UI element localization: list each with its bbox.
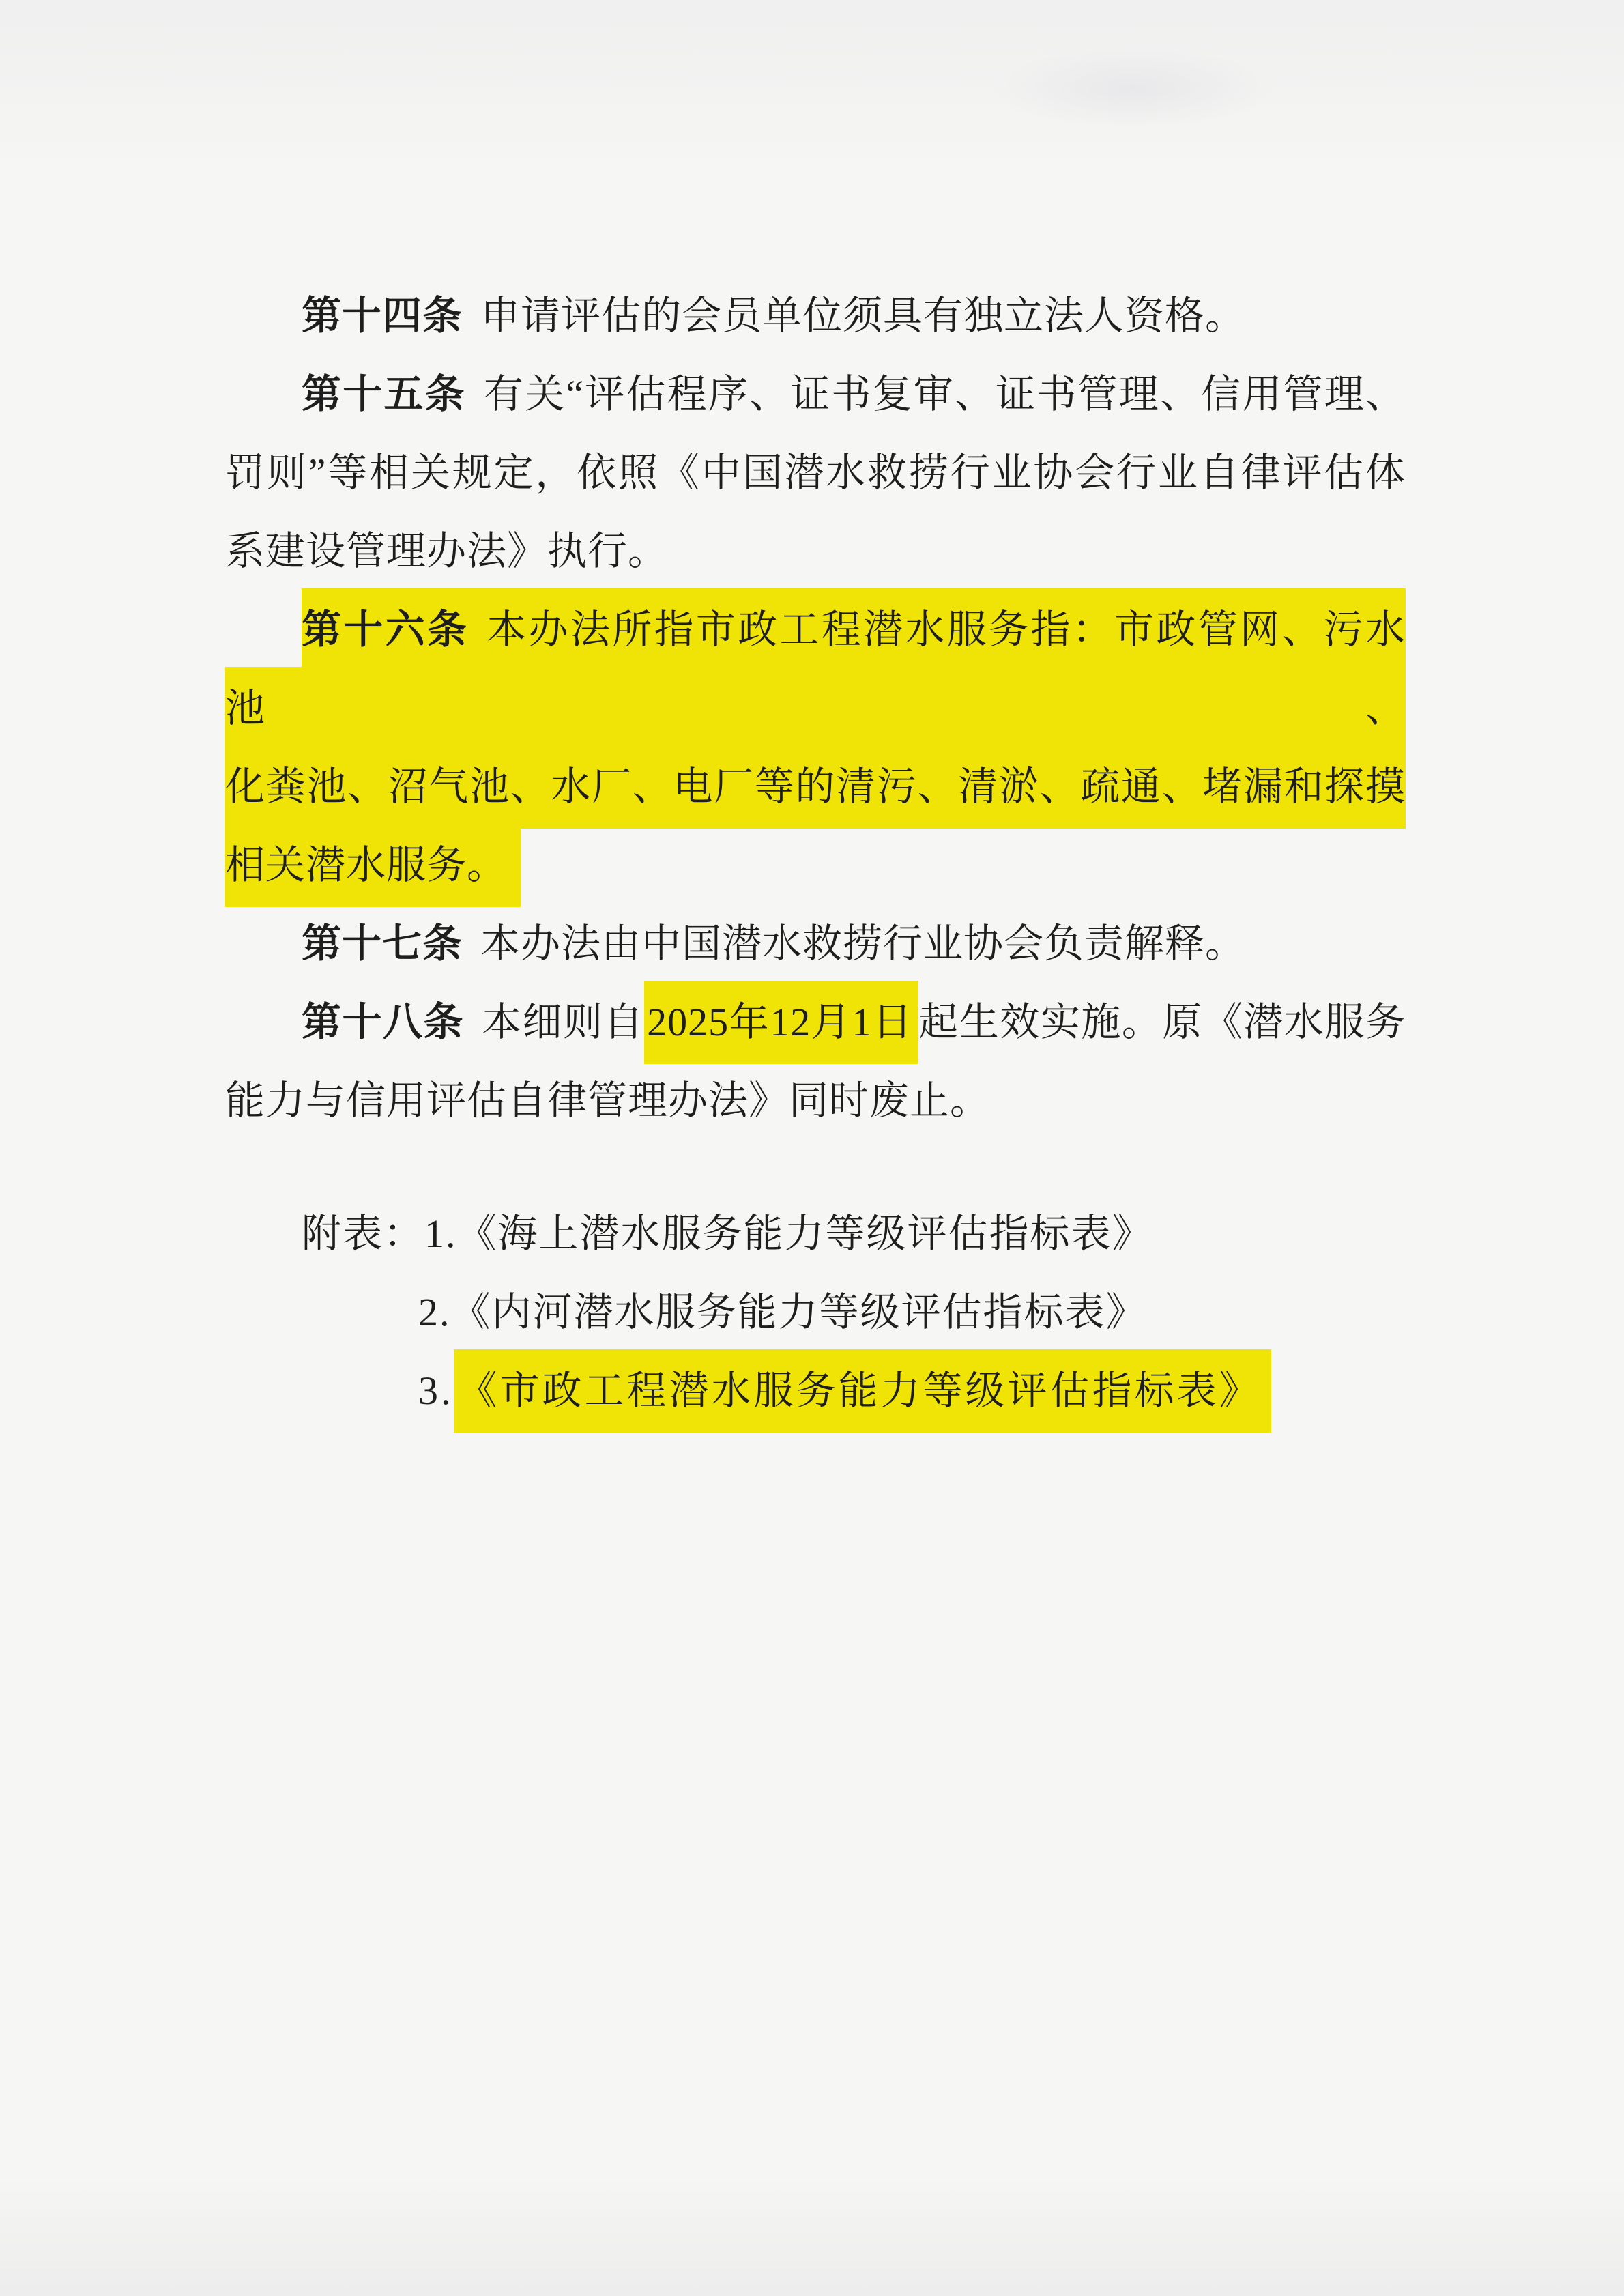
clause-18-number: 第十八条 bbox=[302, 1000, 464, 1044]
appendix-item-1-text: 附表：1.《海上潜水服务能力等级评估指标表》 bbox=[302, 1211, 1153, 1256]
clause-15-number: 第十五条 bbox=[302, 372, 466, 416]
clause-17: 第十七条本办法由中国潜水救捞行业协会负责解释。 bbox=[225, 904, 1406, 983]
clause-15-text-1: 有关“评估程序、证书复审、证书管理、信用管理、 bbox=[484, 372, 1406, 416]
paragraph-gap bbox=[225, 1140, 1406, 1194]
highlight-clause-16-line-3: 相关潜水服务。 bbox=[225, 824, 521, 907]
clause-14-number: 第十四条 bbox=[302, 293, 463, 338]
clause-16-line-1: 第十六条本办法所指市政工程潜水服务指：市政管网、污水池、 bbox=[225, 590, 1406, 747]
clause-16-number: 第十六条 bbox=[302, 607, 469, 652]
appendix-item-3-number: 3. bbox=[418, 1368, 454, 1413]
appendix-item-1: 附表：1.《海上潜水服务能力等级评估指标表》 bbox=[225, 1194, 1406, 1273]
clause-14-text: 申请评估的会员单位须具有独立法人资格。 bbox=[480, 293, 1245, 338]
appendix-item-2: 2.《内河潜水服务能力等级评估指标表》 bbox=[225, 1273, 1406, 1351]
highlight-effective-date: 2025年12月1日 bbox=[644, 981, 918, 1064]
clause-18-text-suffix-2: 能力与信用评估自律管理办法》同时废止。 bbox=[225, 1078, 990, 1123]
document-page: 第十四条申请评估的会员单位须具有独立法人资格。 第十五条有关“评估程序、证书复审… bbox=[0, 0, 1624, 2296]
clause-15-line-1: 第十五条有关“评估程序、证书复审、证书管理、信用管理、 bbox=[225, 355, 1406, 433]
appendix-item-3-text: 《市政工程潜水服务能力等级评估指标表》 bbox=[458, 1368, 1262, 1413]
clause-15-text-2: 罚则”等相关规定，依照《中国潜水救捞行业协会行业自律评估体 bbox=[225, 450, 1406, 495]
appendix-item-3: 3.《市政工程潜水服务能力等级评估指标表》 bbox=[225, 1351, 1406, 1430]
clause-17-text: 本办法由中国潜水救捞行业协会负责解释。 bbox=[480, 921, 1245, 966]
clause-15-line-3: 系建设管理办法》执行。 bbox=[225, 512, 1406, 590]
clause-16-line-2: 化粪池、沼气池、水厂、电厂等的清污、清淤、疏通、堵漏和探摸 bbox=[225, 747, 1406, 826]
scan-shade-bottom bbox=[0, 2173, 1624, 2296]
highlight-clause-16-line-2: 化粪池、沼气池、水厂、电厂等的清污、清淤、疏通、堵漏和探摸 bbox=[225, 745, 1406, 829]
clause-16-text-2: 化粪池、沼气池、水厂、电厂等的清污、清淤、疏通、堵漏和探摸 bbox=[225, 764, 1406, 809]
highlight-appendix-item-3: 《市政工程潜水服务能力等级评估指标表》 bbox=[454, 1349, 1271, 1433]
scan-smudge bbox=[989, 48, 1276, 130]
clause-18-text-suffix-1: 起生效实施。原《潜水服务 bbox=[918, 1000, 1406, 1044]
clause-15-line-2: 罚则”等相关规定，依照《中国潜水救捞行业协会行业自律评估体 bbox=[225, 433, 1406, 512]
scan-shade-top bbox=[0, 0, 1624, 177]
clause-15-text-3: 系建设管理办法》执行。 bbox=[225, 529, 668, 573]
clause-17-number: 第十七条 bbox=[302, 921, 463, 966]
clause-16-line-3: 相关潜水服务。 bbox=[225, 826, 1406, 904]
clause-18-line-2: 能力与信用评估自律管理办法》同时废止。 bbox=[225, 1061, 1406, 1140]
clause-18-text-prefix: 本细则自 bbox=[482, 1000, 644, 1044]
clause-18-line-1: 第十八条本细则自2025年12月1日起生效实施。原《潜水服务 bbox=[225, 983, 1406, 1061]
clause-14: 第十四条申请评估的会员单位须具有独立法人资格。 bbox=[225, 276, 1406, 355]
clause-16-text-3: 相关潜水服务。 bbox=[225, 843, 507, 887]
document-body: 第十四条申请评估的会员单位须具有独立法人资格。 第十五条有关“评估程序、证书复审… bbox=[225, 276, 1406, 1430]
highlight-clause-16-line-1: 第十六条本办法所指市政工程潜水服务指：市政管网、污水池、 bbox=[225, 588, 1406, 750]
appendix-item-2-text: 2.《内河潜水服务能力等级评估指标表》 bbox=[418, 1290, 1147, 1334]
